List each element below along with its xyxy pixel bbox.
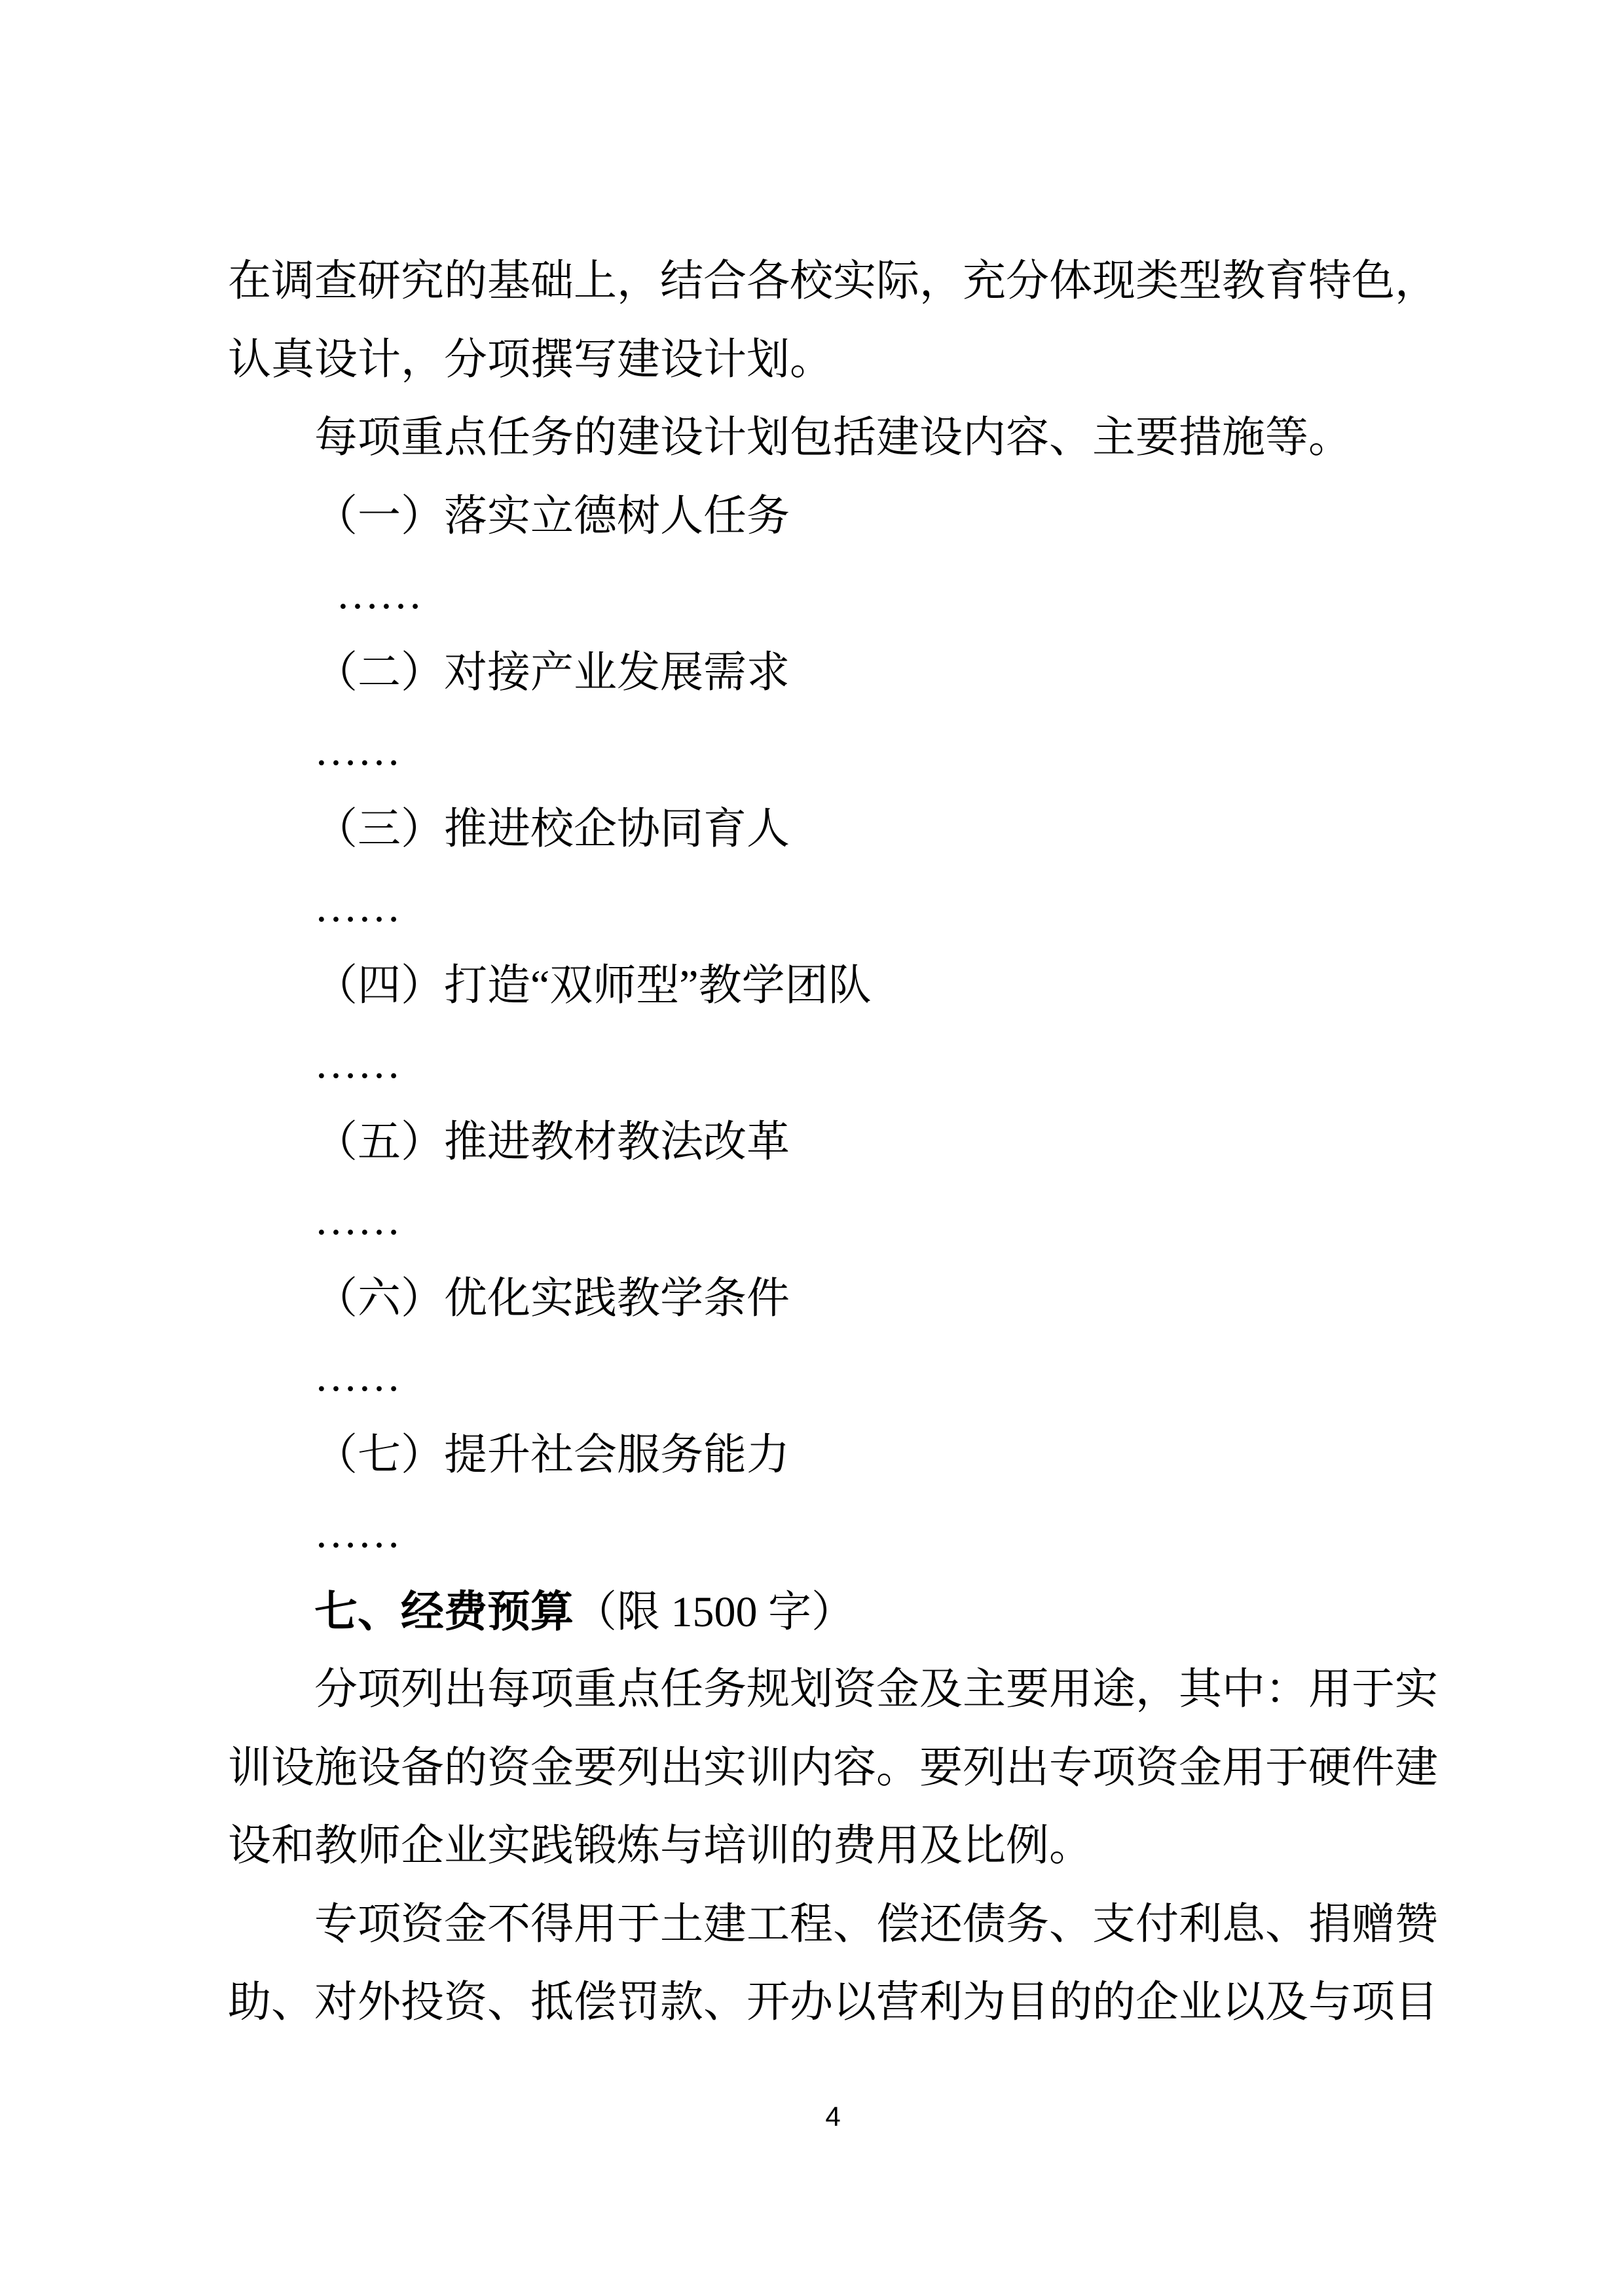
document-body: 在调查研究的基础上，结合各校实际，充分体现类型教育特色，认真设计，分项撰写建设计… [228,242,1438,2042]
ellipsis-line: …… [228,1494,1438,1573]
paragraph-line: 每项重点任务的建设计划包括建设内容、主要措施等。 [228,399,1438,477]
text-segment: 在调查研究的基础上，结合各校实际，充分体现类型教育特色， [228,257,1438,305]
text-segment: …… [314,1040,401,1087]
paragraph-line: 助、对外投资、抵偿罚款、开办以营利为目的的企业以及与项目 [228,1963,1438,2042]
subsection-heading: （六）优化实践教学条件 [228,1260,1438,1338]
text-segment: …… [314,883,401,931]
text-segment: （一）落实立德树人任务 [314,492,790,540]
text-segment: …… [314,1196,401,1244]
text-segment: （六）优化实践教学条件 [314,1275,790,1322]
text-segment: （限 1500 字） [574,1588,855,1636]
text-segment: 认真设计，分项撰写建设计划。 [228,336,833,384]
text-segment: 七、经费预算 [314,1587,574,1635]
paragraph-line: 专项资金不得用于土建工程、偿还债务、支付利息、捐赠赞 [228,1886,1438,1964]
text-segment: 专项资金不得用于土建工程、偿还债务、支付利息、捐赠赞 [314,1901,1438,1948]
ellipsis-line: …… [228,1181,1438,1260]
text-segment: …… [314,1509,401,1557]
text-segment: 分项列出每项重点任务规划资金及主要用途，其中：用于实 [314,1666,1438,1713]
paragraph-line: 设和教师企业实践锻炼与培训的费用及比例。 [228,1807,1438,1886]
text-segment: …… [336,570,422,618]
ellipsis-line: …… [228,555,1438,634]
ellipsis-line: …… [228,1025,1438,1103]
document-page: 在调查研究的基础上，结合各校实际，充分体现类型教育特色，认真设计，分项撰写建设计… [0,0,1624,2296]
text-segment: （二）对接产业发展需求 [314,649,790,697]
page-number: 4 [825,2101,840,2132]
subsection-heading: （二）对接产业发展需求 [228,634,1438,712]
ellipsis-line: …… [228,1338,1438,1416]
paragraph-line: 认真设计，分项撰写建设计划。 [228,321,1438,399]
text-segment: 助、对外投资、抵偿罚款、开办以营利为目的的企业以及与项目 [228,1978,1438,2026]
text-segment: …… [314,1353,401,1400]
subsection-heading: （七）提升社会服务能力 [228,1416,1438,1495]
subsection-heading: （一）落实立德树人任务 [228,477,1438,556]
text-segment: （三）推进校企协同育人 [314,805,790,853]
section-heading: 七、经费预算（限 1500 字） [228,1573,1438,1651]
text-segment: 设和教师企业实践锻炼与培训的费用及比例。 [228,1822,1092,1870]
subsection-heading: （三）推进校企协同育人 [228,790,1438,869]
text-segment: …… [314,727,401,774]
subsection-heading: （四）打造“双师型”教学团队 [228,947,1438,1025]
paragraph-line: 在调查研究的基础上，结合各校实际，充分体现类型教育特色， [228,242,1438,321]
text-segment: 每项重点任务的建设计划包括建设内容、主要措施等。 [314,414,1352,462]
text-segment: 训设施设备的资金要列出实训内容。要列出专项资金用于硬件建 [228,1744,1438,1792]
paragraph-line: 训设施设备的资金要列出实训内容。要列出专项资金用于硬件建 [228,1729,1438,1808]
ellipsis-line: …… [228,712,1438,790]
page-footer: 4 [228,2095,1438,2138]
text-segment: （四）打造“双师型”教学团队 [314,962,872,1010]
ellipsis-line: …… [228,868,1438,947]
paragraph-line: 分项列出每项重点任务规划资金及主要用途，其中：用于实 [228,1650,1438,1729]
text-segment: （七）提升社会服务能力 [314,1431,790,1479]
subsection-heading: （五）推进教材教法改革 [228,1103,1438,1182]
text-segment: （五）推进教材教法改革 [314,1118,790,1166]
